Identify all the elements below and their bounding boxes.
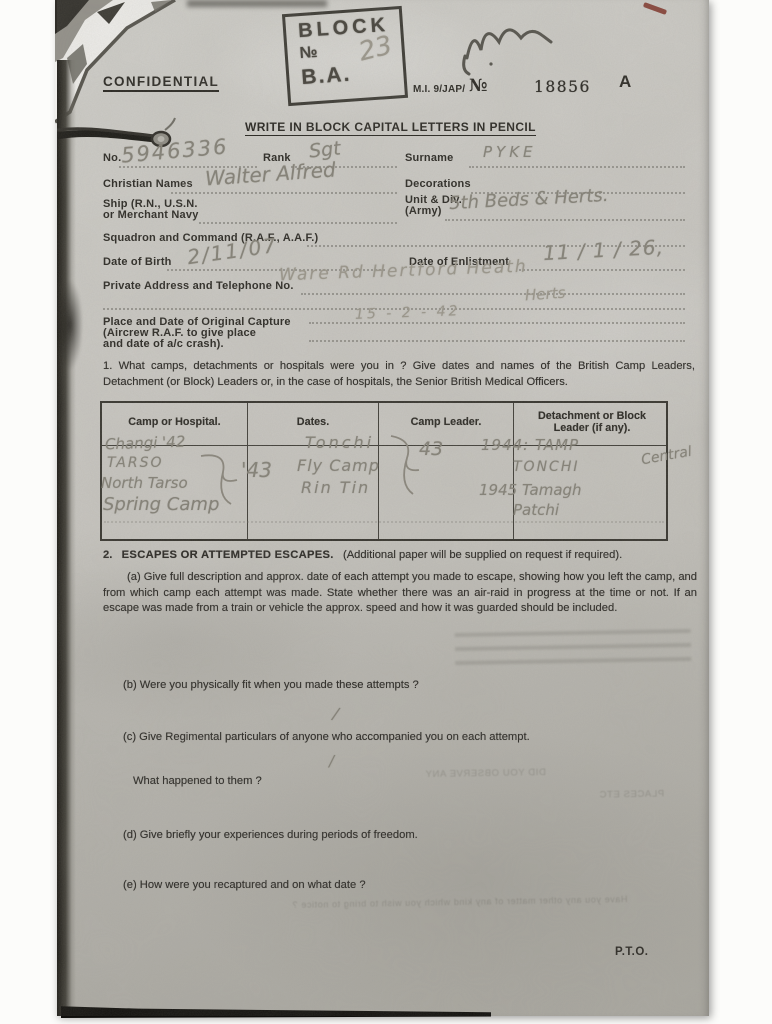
unit-label-line2: (Army) [405,205,442,217]
leader-entry: TONCHI [513,459,579,475]
unit-value: 5th Beds & Herts. [449,185,609,214]
date-of-enlistment-value: 11 / 1 / 26, [542,235,664,265]
camp-entry: Rin Tin [301,478,370,497]
bleedthrough-text: PLACES ETC [599,788,664,800]
leader-entry: Patchi [513,501,559,519]
left-edge-blotch [57,280,83,370]
camp-entry-year: 43 [419,438,443,460]
question-2c-text: (c) Give Regimental particulars of anyon… [123,730,530,746]
dotted-line [445,219,685,221]
capture-value: 15 - 2 - 42 [355,303,461,323]
table-header-camp: Camp or Hospital. [102,416,247,428]
dotted-line [171,192,397,194]
pencil-slash: / [332,704,340,724]
section-2-note: (Additional paper will be supplied on re… [343,549,622,561]
dotted-line [104,521,664,523]
bottom-page-shadow [61,1000,491,1018]
section-2-title: ESCAPES OR ATTEMPTED ESCAPES. [122,549,334,561]
table-header-detachment: Detachment or Block Leader (if any). [522,410,662,434]
numero-symbol: № [469,76,488,96]
top-edge-smudge [187,0,327,7]
stamp-line-ba: B.A. [301,59,404,90]
camp-entry-year: '43 [241,458,272,482]
address-label: Private Address and Telephone No. [103,280,294,292]
address-value: Ware Rd Hertford Heath [279,257,528,286]
table-header-rule [102,445,666,446]
question-1-text: 1. What camps, detachments or hospitals … [103,359,695,390]
confidential-label: CONFIDENTIAL [103,74,219,92]
section-2-number: 2. [103,549,112,561]
question-2a-text: (a) Give full description and approx. da… [103,570,697,617]
mi9-reference: M.I. 9/JAP/ [413,84,465,95]
red-pen-mark [643,2,667,15]
camps-table: Camp or Hospital. Dates. Camp Leader. De… [100,401,668,541]
no-value: 5946336 [120,134,229,167]
surname-label: Surname [405,152,453,164]
pto-label: P.T.O. [615,946,648,958]
surname-value: PYKE [483,143,537,161]
block-capitals-instruction: WRITE IN BLOCK CAPITAL LETTERS IN PENCIL [245,120,536,136]
camp-entry: TARSO [107,455,163,471]
camp-entry: Fly Camp [297,456,380,475]
date-of-birth-label: Date of Birth [103,256,172,268]
leader-entry: 1944: TAMP [481,436,579,454]
camp-entry: Tonchi [305,433,374,452]
section-2-heading: 2. ESCAPES OR ATTEMPTED ESCAPES. (Additi… [103,548,697,564]
torn-corner [55,0,205,130]
no-label: No. [103,152,121,164]
camp-entry: North Tarso [101,474,188,492]
ship-label-line2: or Merchant Navy [103,209,199,221]
pencil-slash: / [329,752,334,770]
dotted-line [519,269,685,271]
what-happened-text: What happened to them ? [133,774,262,790]
dotted-line [309,340,685,342]
left-edge-shadow [57,60,76,1016]
camp-entry: Changi '42 [105,433,186,454]
address-value-line2: Herts [524,284,566,305]
question-2e-text: (e) How were you recaptured and on what … [123,878,366,894]
signature-squiggle [447,12,617,78]
dotted-line [301,293,685,295]
christian-names-value: Walter Alfred [204,157,336,190]
scanned-document-photo: CONFIDENTIAL BLOCK № B.A. 23 M.I. 9/JAP/… [0,0,772,1024]
bleedthrough-text: Have you any other matter of any kind wh… [292,894,628,910]
christian-names-label: Christian Names [103,178,193,190]
grade-letter: A [619,72,631,92]
dotted-line [469,166,685,168]
table-header-dates: Dates. [248,416,378,428]
table-header-leader: Camp Leader. [379,416,513,428]
dotted-line [199,222,397,224]
camp-entry: Spring Camp [103,494,219,515]
question-2d-text: (d) Give briefly your experiences during… [123,828,418,844]
capture-label-line3: and date of a/c crash). [103,338,224,350]
file-number: 18856 [534,78,591,96]
question-2b-text: (b) Were you physically fit when you mad… [123,678,419,694]
decorations-label: Decorations [405,178,471,190]
form-page: CONFIDENTIAL BLOCK № B.A. 23 M.I. 9/JAP/… [57,0,709,1016]
bleedthrough-text: DID YOU OBSERVE ANY [425,767,546,780]
leader-entry: 1945 Tamagh [479,481,582,499]
bleedthrough-smudge [455,624,692,670]
